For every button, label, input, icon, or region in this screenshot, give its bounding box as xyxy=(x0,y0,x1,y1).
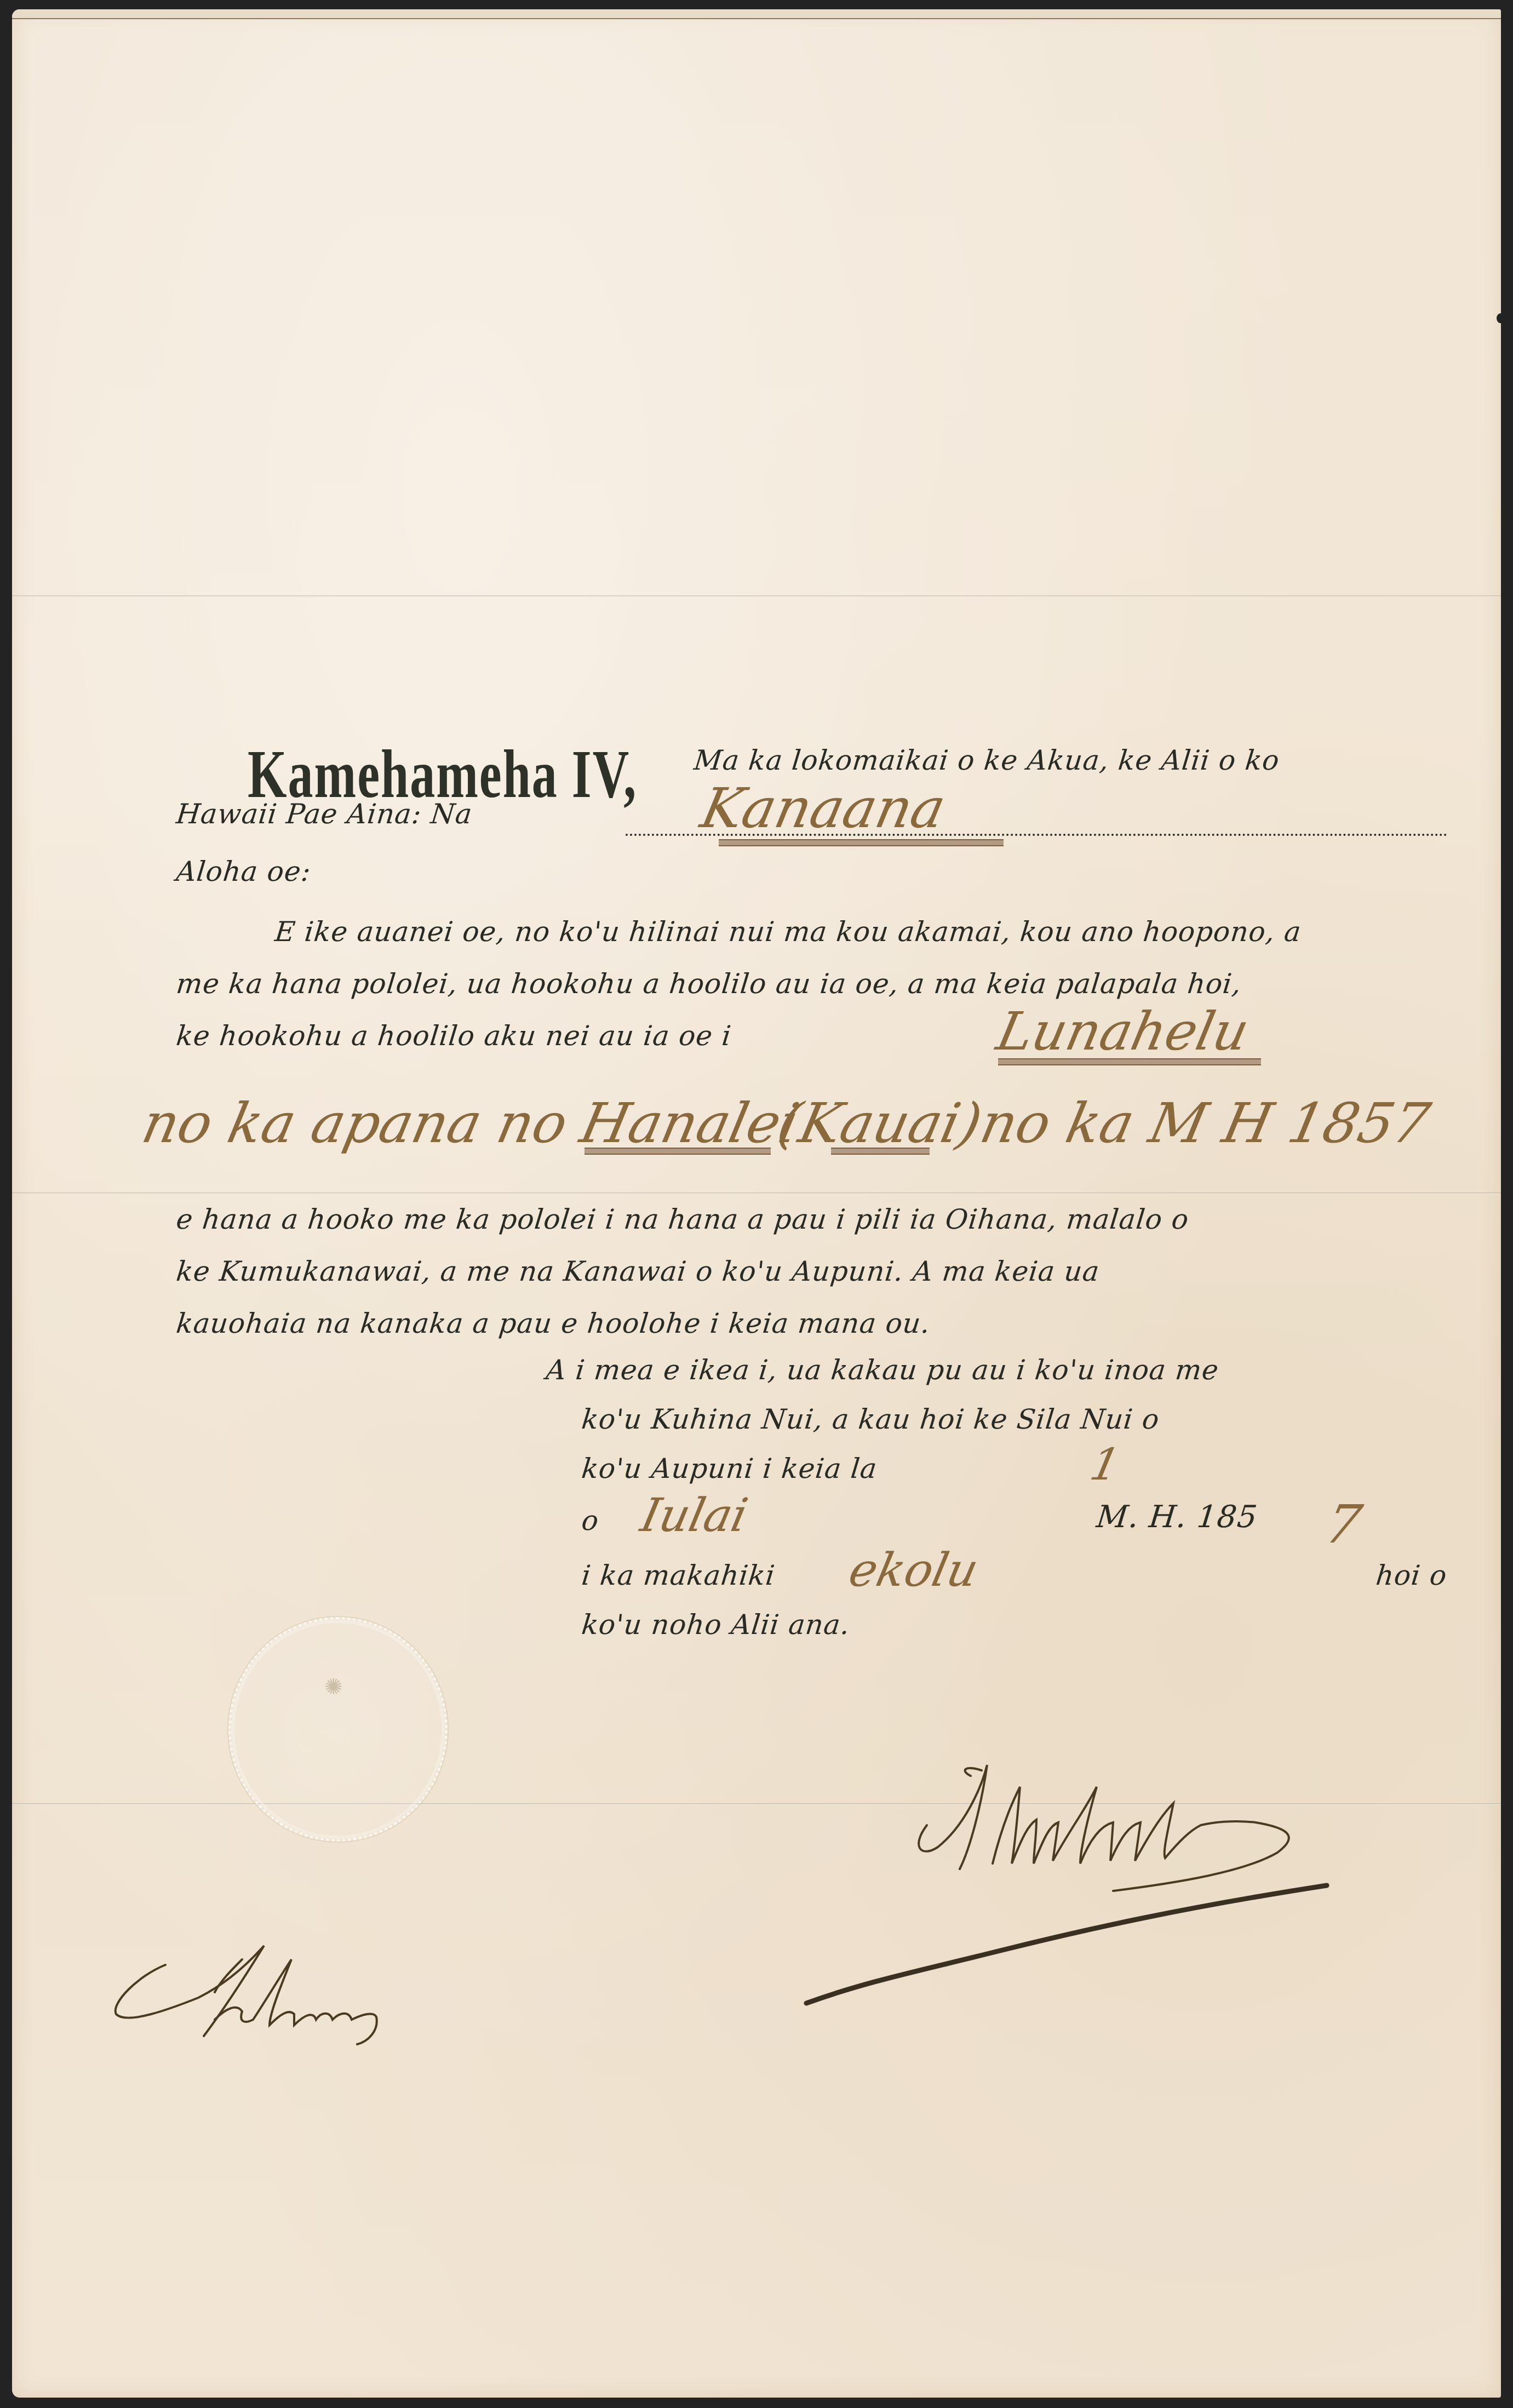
header-line-1: Ma ka lokomaikai o ke Akua, ke Alii o ko xyxy=(692,744,1281,776)
island-underline xyxy=(831,1148,930,1155)
date-year-line-suffix: hoi o xyxy=(1374,1560,1448,1591)
attestation-line: ko'u Kuhina Nui, a kau hoi ke Sila Nui o xyxy=(580,1403,1161,1435)
reign-year: ekolu xyxy=(845,1543,983,1597)
edge-tear xyxy=(1497,313,1504,323)
date-month: Iulai xyxy=(637,1488,753,1542)
office-title: Lunahelu xyxy=(992,1001,1254,1062)
body-line: kauohaia na kanaka a pau e hoolohe i kei… xyxy=(175,1308,932,1339)
document-paper: Kamehameha IV, Ma ka lokomaikai o ke Aku… xyxy=(12,9,1501,2398)
fold-line xyxy=(12,595,1501,597)
body-line: E ike auanei oe, no ko'u hilinai nui ma … xyxy=(273,916,1303,948)
top-edge-strip xyxy=(12,9,1501,19)
seal-sun-rays-icon: ✺ xyxy=(324,1675,343,1700)
recipient-name: Kanaana xyxy=(696,776,952,840)
attestation-line: ko'u Aupuni i keia la xyxy=(580,1453,879,1484)
kuhina-nui-signature xyxy=(105,1937,412,2047)
date-era: M. H. 185 xyxy=(1095,1499,1259,1535)
embossed-seal: ✺ xyxy=(228,1617,448,1842)
handwritten-line-part1: no ka apana no xyxy=(137,1091,574,1155)
body-line: ke Kumukanawai, a me na Kanawai o ko'u A… xyxy=(175,1255,1101,1287)
office-underline xyxy=(998,1058,1261,1065)
recipient-underline xyxy=(719,839,1004,846)
king-signature xyxy=(905,1754,1398,1896)
district-underline xyxy=(584,1148,771,1155)
attestation-line: A i mea e ikea i, ua kakau pu au i ko'u … xyxy=(545,1354,1220,1386)
fold-line xyxy=(12,1192,1501,1194)
island-name: (Kauai) xyxy=(772,1091,988,1155)
body-line: ke hookohu a hoolilo aku nei au ia oe i xyxy=(175,1020,733,1052)
salutation: Aloha oe: xyxy=(175,856,313,887)
date-day: 1 xyxy=(1086,1439,1125,1490)
header-line-2: Hawaii Pae Aina: Na xyxy=(175,798,474,830)
district-name: Hanalei xyxy=(575,1091,805,1155)
body-line: me ka hana pololei, ua hookohu a hoolilo… xyxy=(175,968,1243,1000)
handwritten-line-part2: no ka M H 1857 xyxy=(975,1091,1436,1155)
body-line: e hana a hooko me ka pololei i na hana a… xyxy=(175,1203,1190,1235)
closing-line: ko'u noho Alii ana. xyxy=(580,1609,852,1641)
signature-flourish xyxy=(801,1883,1349,2014)
date-year-digit: 7 xyxy=(1320,1494,1367,1555)
date-year-line-prefix: i ka makahiki xyxy=(580,1560,777,1591)
date-prefix: o xyxy=(580,1505,600,1536)
